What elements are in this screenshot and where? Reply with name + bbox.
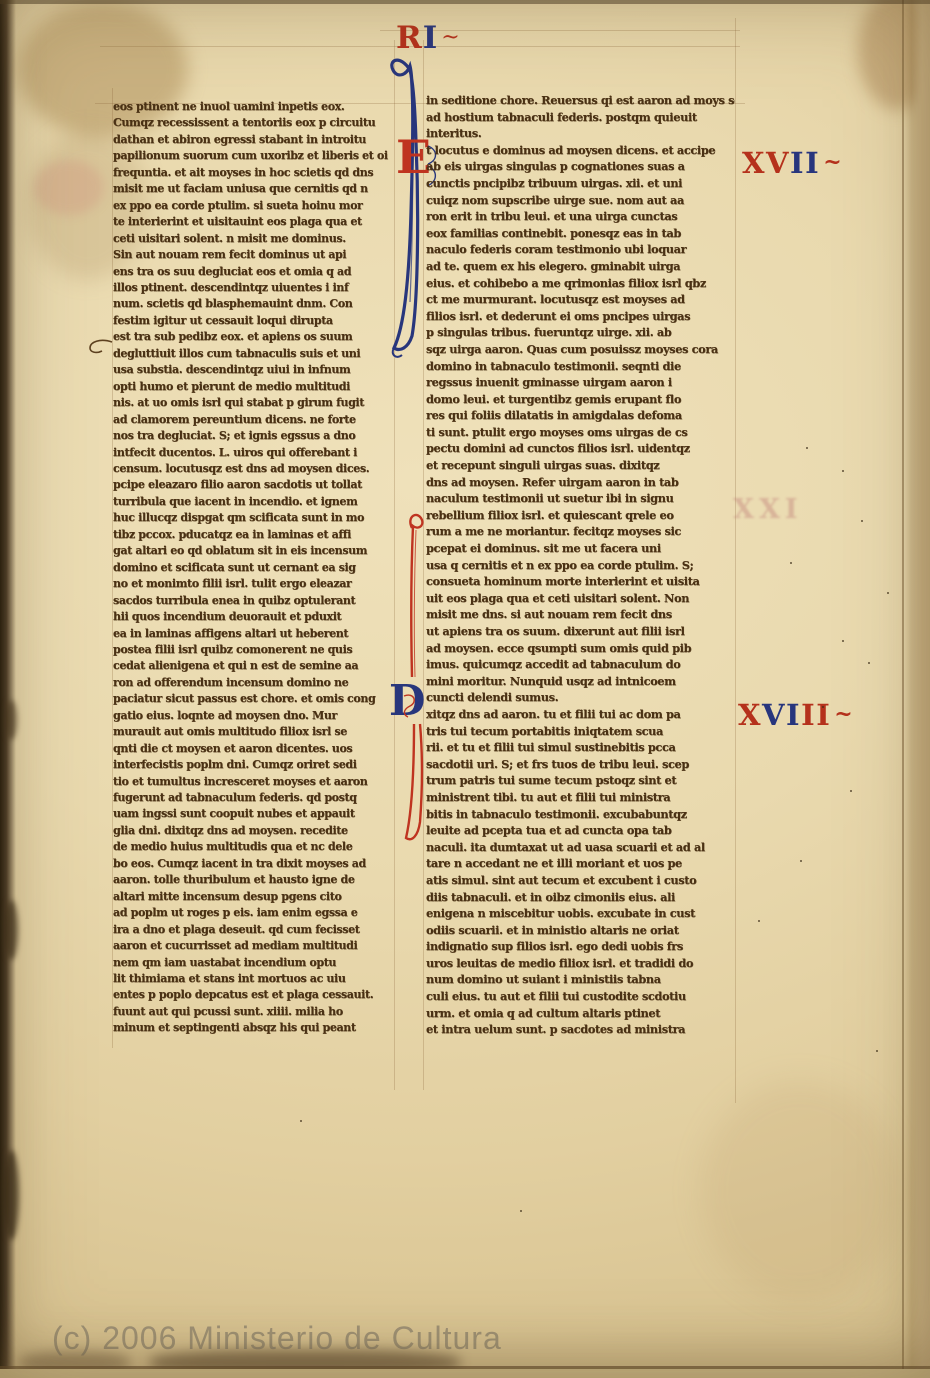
pen-flourish: ~ [441,25,460,50]
text-line: enigena n miscebitur uobis. excubate in … [426,905,735,922]
text-line: indignatio sup filios isrl. ego dedi uob… [426,938,735,955]
text-line: domo leui. et turgentibz gemis erupant f… [426,391,735,408]
text-line: murauit aut omis multitudo filiox isrl s… [113,724,395,740]
fly-speck [876,1050,878,1052]
pen-flourish: ~ [834,701,854,727]
text-line: et intra uelum sunt. p sacdotes ad minis… [426,1021,735,1038]
fly-speck [842,640,844,642]
text-line: hii quos incendium deuorauit et pduxit [113,609,395,625]
text-line: cunctis pncipibz tribuum uirgas. xii. et… [426,175,735,192]
text-line: eox familias continebit. ponesqz eas in … [426,225,735,242]
chapter-numeral-ghost-xxi: XXI [733,494,803,525]
rubric-letter: R [396,20,423,56]
text-line: bo eos. Cumqz iacent in tra dixit moyses… [113,856,395,872]
rubric-letter: I [801,698,816,732]
text-line: gatio eius. loqnte ad moysen dno. Mur [113,708,395,724]
rubric-letter: I [786,698,801,732]
text-line: naculum testimonii ut suetur ibi in sign… [426,490,735,507]
text-line: filios isrl. et dederunt ei oms pncipes … [426,308,735,325]
text-line: aaron et cucurrisset ad mediam multitudi [113,938,395,954]
text-line: de medio huius multitudis qua et nc dele [113,839,395,855]
text-line: ceti uisitari solent. n misit me dominus… [113,231,395,247]
text-line: paciatur sicut passus est chore. et omis… [113,691,395,707]
text-line: urm. et omia q ad cultum altaris ptinet [426,1005,735,1022]
rubric-letter: V [762,698,786,732]
text-line: p singulas tribus. fueruntqz uirge. xii.… [426,324,735,341]
fly-speck [887,592,889,594]
text-line: frequntia. et ait moyses in hoc scietis … [113,165,395,181]
text-line: diis tabnaculi. et in oibz cimoniis eius… [426,889,735,906]
initial-d-filigree [400,690,422,720]
text-line: entes p poplo depcatus est et plaga cess… [113,987,395,1003]
text-line: mini moritur. Nunquid usqz ad intnicoem [426,673,735,690]
rubric-letter: I [805,146,820,180]
text-line: in seditione chore. Reuersus qi est aaro… [426,92,735,109]
text-line: ad hostium tabnaculi federis. postqm qui… [426,109,735,126]
text-line: festim igitur ut cessauit loqui dirupta [113,313,395,329]
fly-speck [300,1120,302,1122]
text-line: xitqz dns ad aaron. tu et filii tui ac d… [426,706,735,723]
text-line: nem qm iam uastabat incendium optu [113,955,395,971]
text-line: misit me dns. si aut nouam rem fecit dns [426,606,735,623]
text-line: pcepat ei dominus. sit me ut facera uni [426,540,735,557]
text-line: rum a me ne moriantur. fecitqz moyses si… [426,523,735,540]
text-line: no et monimto filii isrl. tulit ergo ele… [113,576,395,592]
fly-speck [861,520,863,522]
page-fore-edge [904,0,930,1378]
rubric-letter: X [742,146,766,180]
text-column-left: eos ptinent ne inuol uamini inpetis eox.… [113,99,395,1041]
text-line: misit me ut faciam uniusa que cernitis q… [113,181,395,197]
text-line: qnti die ct moysen et aaron dicentes. uo… [113,741,395,757]
text-line: glia dni. dixitqz dns ad moysen. recedit… [113,823,395,839]
text-line: nis. at uo omis isrl qui stabat p girum … [113,395,395,411]
text-line: ct me murmurant. locutusqz est moyses ad [426,291,735,308]
text-line: opti humo et pierunt de medio multitudi [113,379,395,395]
text-line: t locutus e dominus ad moysen dicens. et… [426,142,735,159]
text-line: dathan et abiron egressi stabant in intr… [113,132,395,148]
fly-speck [800,860,802,862]
text-line: rebellium filiox isrl. et quiescant qrel… [426,507,735,524]
text-line: ut apiens tra os suum. dixerunt aut fili… [426,623,735,640]
text-line: minum et septingenti absqz his qui peant [113,1020,395,1036]
showthrough-red-left [34,160,104,215]
text-line: degluttiuit illos cum tabnaculis suis et… [113,346,395,362]
text-line: ad clamorem pereuntium dicens. ne forte [113,412,395,428]
text-line: ad poplm ut roges p eis. iam enim egssa … [113,905,395,921]
page-top-edge-line [0,0,930,4]
text-line: ad moysen. ecce qsumpti sum omis quid pi… [426,640,735,657]
text-line: ea in laminas affigens altari ut heberen… [113,626,395,642]
text-line: eos ptinent ne inuol uamini inpetis eox. [113,99,395,115]
copyright-watermark: (c) 2006 Ministerio de Cultura [52,1320,502,1357]
text-line: cuncti delendi sumus. [426,689,735,706]
text-line: huc illucqz dispgat qm scificata sunt in… [113,510,395,526]
text-line: num domino ut suiant i ministiis tabna [426,971,735,988]
text-line: interitus. [426,125,735,142]
text-line: res qui foliis dilatatis in amigdalas de… [426,407,735,424]
ruling-vertical-col2-right [735,18,736,1103]
text-line: sacdotii uri. S; et frs tuos de tribu le… [426,756,735,773]
text-line: aaron. tolle thuribulum et hausto igne d… [113,872,395,888]
text-line: illos ptinent. descendintqz uiuentes i i… [113,280,395,296]
text-line: fugerunt ad tabnaculum federis. qd postq [113,790,395,806]
text-line: uit eos plaga qua et ceti uisitari solen… [426,590,735,607]
text-line: ex ppo ea corde ptulim. si sueta hoinu m… [113,198,395,214]
text-line: naculo federis coram testimonio ubi loqu… [426,241,735,258]
text-line: domino et scificata sunt ut cernant ea s… [113,560,395,576]
text-line: Sin aut nouam rem fecit dominus ut api [113,247,395,263]
text-line: est tra sub pedibz eox. et apiens os suu… [113,329,395,345]
fly-speck [822,706,824,708]
text-line: ministrent tibi. tu aut et filii tui min… [426,789,735,806]
page-right-edge-line [902,0,904,1378]
text-line: usa substia. descendintqz uiui in infnum [113,362,395,378]
rubric-letter: X [738,698,762,732]
text-line: fuunt aut qui pcussi sunt. xiiii. milia … [113,1004,395,1020]
text-line: pcipe eleazaro filio aaron sacdotis ut t… [113,477,395,493]
text-line: leuite ad pcepta tua et ad cuncta opa ta… [426,822,735,839]
chapter-numeral-xviii: XVIII~ [738,698,851,732]
text-line: eius. et cohibebo a me qrimonias filiox … [426,275,735,292]
text-line: pectu domini ad cunctos filios isrl. uid… [426,440,735,457]
text-line: ira a dno et plaga deseuit. qd cum fecis… [113,922,395,938]
text-line: sqz uirga aaron. Quas cum posuissz moyse… [426,341,735,358]
text-line: usa q cernitis et n ex ppo ea corde ptul… [426,557,735,574]
chapter-numeral-xvii: XVII~ [742,146,840,180]
fly-speck [758,920,760,922]
text-line: bitis in tabnaculo testimonii. excubabun… [426,806,735,823]
text-line: uros leuitas de medio filiox isrl. et tr… [426,955,735,972]
binding-edge [0,0,16,1378]
text-line: ron erit in tribu leui. et una uirga cun… [426,208,735,225]
text-line: ti sunt. ptulit ergo moyses oms uirgas d… [426,424,735,441]
text-line: papilionum suorum cum uxoribz et liberis… [113,148,395,164]
text-line: odiis scuarii. et in ministio altaris ne… [426,922,735,939]
fly-speck [520,1210,522,1212]
text-line: uam ingssi sunt coopuit nubes et appauit [113,806,395,822]
text-line: domino in tabnaculo testimonii. seqnti d… [426,358,735,375]
rubric-letter: V [766,146,790,180]
text-line: te interierint et uisitauint eos plaga q… [113,214,395,230]
text-line: ab eis uirgas singulas p cognationes sua… [426,158,735,175]
rubric-letter: I [423,20,439,56]
running-title: RI~ [396,20,458,56]
text-line: censum. locutusqz est dns ad moysen dice… [113,461,395,477]
fly-speck [842,470,844,472]
rubric-letter: I [816,698,831,732]
text-line: consueta hominum morte interierint et ui… [426,573,735,590]
fly-speck [790,562,792,564]
text-line: tris tui tecum portabitis iniqtatem scua [426,723,735,740]
text-line: lit thimiama et stans int mortuos ac uiu [113,971,395,987]
text-line: rii. et tu et filii tui simul sustinebit… [426,739,735,756]
text-line: tibz pccox. pducatqz ea in laminas et af… [113,527,395,543]
text-line: tare n accedant ne et illi moriant et uo… [426,855,735,872]
showthrough-bottom-right [700,1080,900,1300]
text-line: regssus inuenit gminasse uirgam aaron i [426,374,735,391]
manuscript-page-scan: RI~ XVII~ XVIII~ XXI E D eos ptinent ne … [0,0,930,1378]
text-line: altari mitte incensum desup pgens cito [113,889,395,905]
text-line: cuiqz nom supscribe uirge sue. nom aut a… [426,192,735,209]
text-line: naculi. ita dumtaxat ut ad uasa scuarii … [426,839,735,856]
page-bottom-sliver [0,1369,930,1378]
rubric-letter: I [790,146,805,180]
text-line: sacdos turribula enea in quibz optuleran… [113,593,395,609]
fly-speck [868,662,870,664]
fly-speck [850,790,852,792]
text-line: dns ad moysen. Refer uirgam aaron in tab [426,474,735,491]
text-line: imus. quicumqz accedit ad tabnaculum do [426,656,735,673]
text-line: culi eius. tu aut et filii tui custodite… [426,988,735,1005]
text-line: tio et tumultus incresceret moyses et aa… [113,774,395,790]
text-column-right: in seditione chore. Reuersus qi est aaro… [426,92,735,1044]
text-line: Cumqz recessissent a tentoriis eox p cir… [113,115,395,131]
text-line: interfecistis poplm dni. Cumqz oriret se… [113,757,395,773]
text-line: num. scietis qd blasphemauint dnm. Con [113,296,395,312]
text-line: trum patris tui sume tecum pstoqz sint e… [426,772,735,789]
text-line: gat altari eo qd oblatum sit in eis ince… [113,543,395,559]
text-line: ron ad offerendum incensum domino ne [113,675,395,691]
text-line: et recepunt singuli uirgas suas. dixitqz [426,457,735,474]
text-line: turribula que iacent in incendio. et ign… [113,494,395,510]
text-line: cedat alienigena et qui n est de semine … [113,658,395,674]
text-line: atis simul. sint aut tecum et excubent i… [426,872,735,889]
text-line: ens tra os suu degluciat eos et omia q a… [113,264,395,280]
text-line: nos tra degluciat. S; et ignis egssus a … [113,428,395,444]
text-line: ad te. quem ex his elegero. gminabit uir… [426,258,735,275]
text-line: postea filii isrl quibz comonerent ne qu… [113,642,395,658]
fly-speck [806,447,808,449]
pen-flourish: ~ [823,149,843,175]
text-line: intfecit ducentos. L. uiros qui offereba… [113,445,395,461]
margin-paragraph-mark [88,338,114,356]
